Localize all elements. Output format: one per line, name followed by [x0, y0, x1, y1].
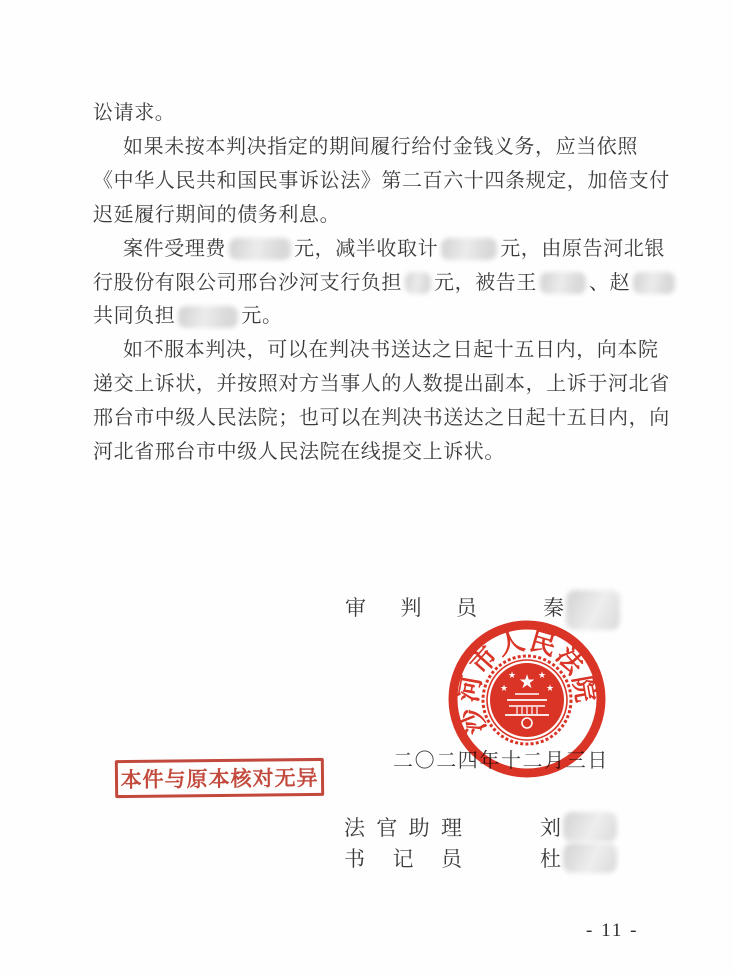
- redacted-text: [405, 272, 431, 294]
- redacted-text: [229, 238, 291, 260]
- redacted-text: [633, 272, 675, 294]
- verification-stamp: 本件与原本核对无异: [115, 758, 324, 798]
- redacted-text: [178, 306, 238, 328]
- body-text-segment: 邢台市中级人民法院；也可以在判决书送达之日起十五日内，向: [93, 407, 670, 429]
- body-line: 案件受理费元，减半收取计元，由原告河北银: [93, 232, 649, 266]
- body-line: 共同负担元。: [93, 299, 649, 333]
- body-line: 《中华人民共和国民事诉讼法》第二百六十四条规定，加倍支付: [93, 164, 649, 198]
- court-seal: ★ ★ ★ ★ ★ 沙河市人民法院: [442, 614, 612, 784]
- body-text-segment: 如不服本判决，可以在判决书送达之日起十五日内，向本院: [123, 339, 659, 361]
- body-text-segment: 《中华人民共和国民事诉讼法》第二百六十四条规定，加倍支付: [93, 170, 670, 192]
- clerk-surname: 杜: [540, 843, 561, 873]
- body-text-segment: 行股份有限公司邢台沙河支行负担: [93, 271, 402, 293]
- body-text-segment: 元。: [241, 305, 282, 327]
- body-text-segment: 案件受理费: [123, 238, 226, 260]
- body-line: 邢台市中级人民法院；也可以在判决书送达之日起十五日内，向: [93, 401, 649, 435]
- body-text: 讼请求。如果未按本判决指定的期间履行给付金钱义务，应当依照《中华人民共和国民事诉…: [93, 96, 649, 469]
- svg-text:★: ★: [500, 683, 508, 693]
- seal-character: 院: [568, 674, 598, 704]
- body-line: 迟延履行期间的债务利息。: [93, 198, 649, 232]
- clerk-signature-line: 书记员 杜: [344, 843, 617, 873]
- clerk-role-label: 书记员: [344, 843, 462, 873]
- assistant-signature-line: 法官助理 刘: [344, 812, 617, 842]
- page-number: - 11 -: [586, 920, 638, 942]
- body-line: 讼请求。: [93, 96, 649, 130]
- svg-text:★: ★: [508, 670, 516, 680]
- svg-text:★: ★: [518, 672, 535, 693]
- body-line: 行股份有限公司邢台沙河支行负担元，被告王、赵: [93, 266, 649, 300]
- body-text-segment: 元，由原告河北银: [500, 238, 665, 260]
- body-line: 河北省邢台市中级人民法院在线提交上诉状。: [93, 435, 649, 469]
- redacted-clerk-name: [563, 843, 617, 873]
- body-text-segment: 元，减半收取计: [294, 238, 438, 260]
- assistant-surname: 刘: [540, 812, 561, 842]
- body-line: 如不服本判决，可以在判决书送达之日起十五日内，向本院: [93, 333, 649, 367]
- body-text-segment: 共同负担: [93, 305, 175, 327]
- redacted-assistant-name: [563, 812, 617, 842]
- body-text-segment: 讼请求。: [93, 102, 175, 124]
- seal-character: 河: [456, 674, 486, 704]
- svg-text:★: ★: [538, 670, 546, 680]
- body-text-segment: 元，被告王: [434, 271, 537, 293]
- body-text-segment: 迟延履行期间的债务利息。: [93, 204, 340, 226]
- body-text-segment: 如果未按本判决指定的期间履行给付金钱义务，应当依照: [123, 136, 638, 158]
- svg-text:★: ★: [546, 683, 554, 693]
- body-line: 如果未按本判决指定的期间履行给付金钱义务，应当依照: [93, 130, 649, 164]
- assistant-role-label: 法官助理: [344, 812, 462, 842]
- body-text-segment: 河北省邢台市中级人民法院在线提交上诉状。: [93, 441, 505, 463]
- judgment-page: 讼请求。如果未按本判决指定的期间履行给付金钱义务，应当依照《中华人民共和国民事诉…: [0, 0, 733, 975]
- redacted-text: [540, 272, 586, 294]
- redacted-text: [441, 238, 497, 260]
- body-text-segment: 、赵: [589, 271, 630, 293]
- body-line: 递交上诉状，并按照对方当事人的人数提出副本，上诉于河北省: [93, 367, 649, 401]
- body-text-segment: 递交上诉状，并按照对方当事人的人数提出副本，上诉于河北省: [93, 373, 670, 395]
